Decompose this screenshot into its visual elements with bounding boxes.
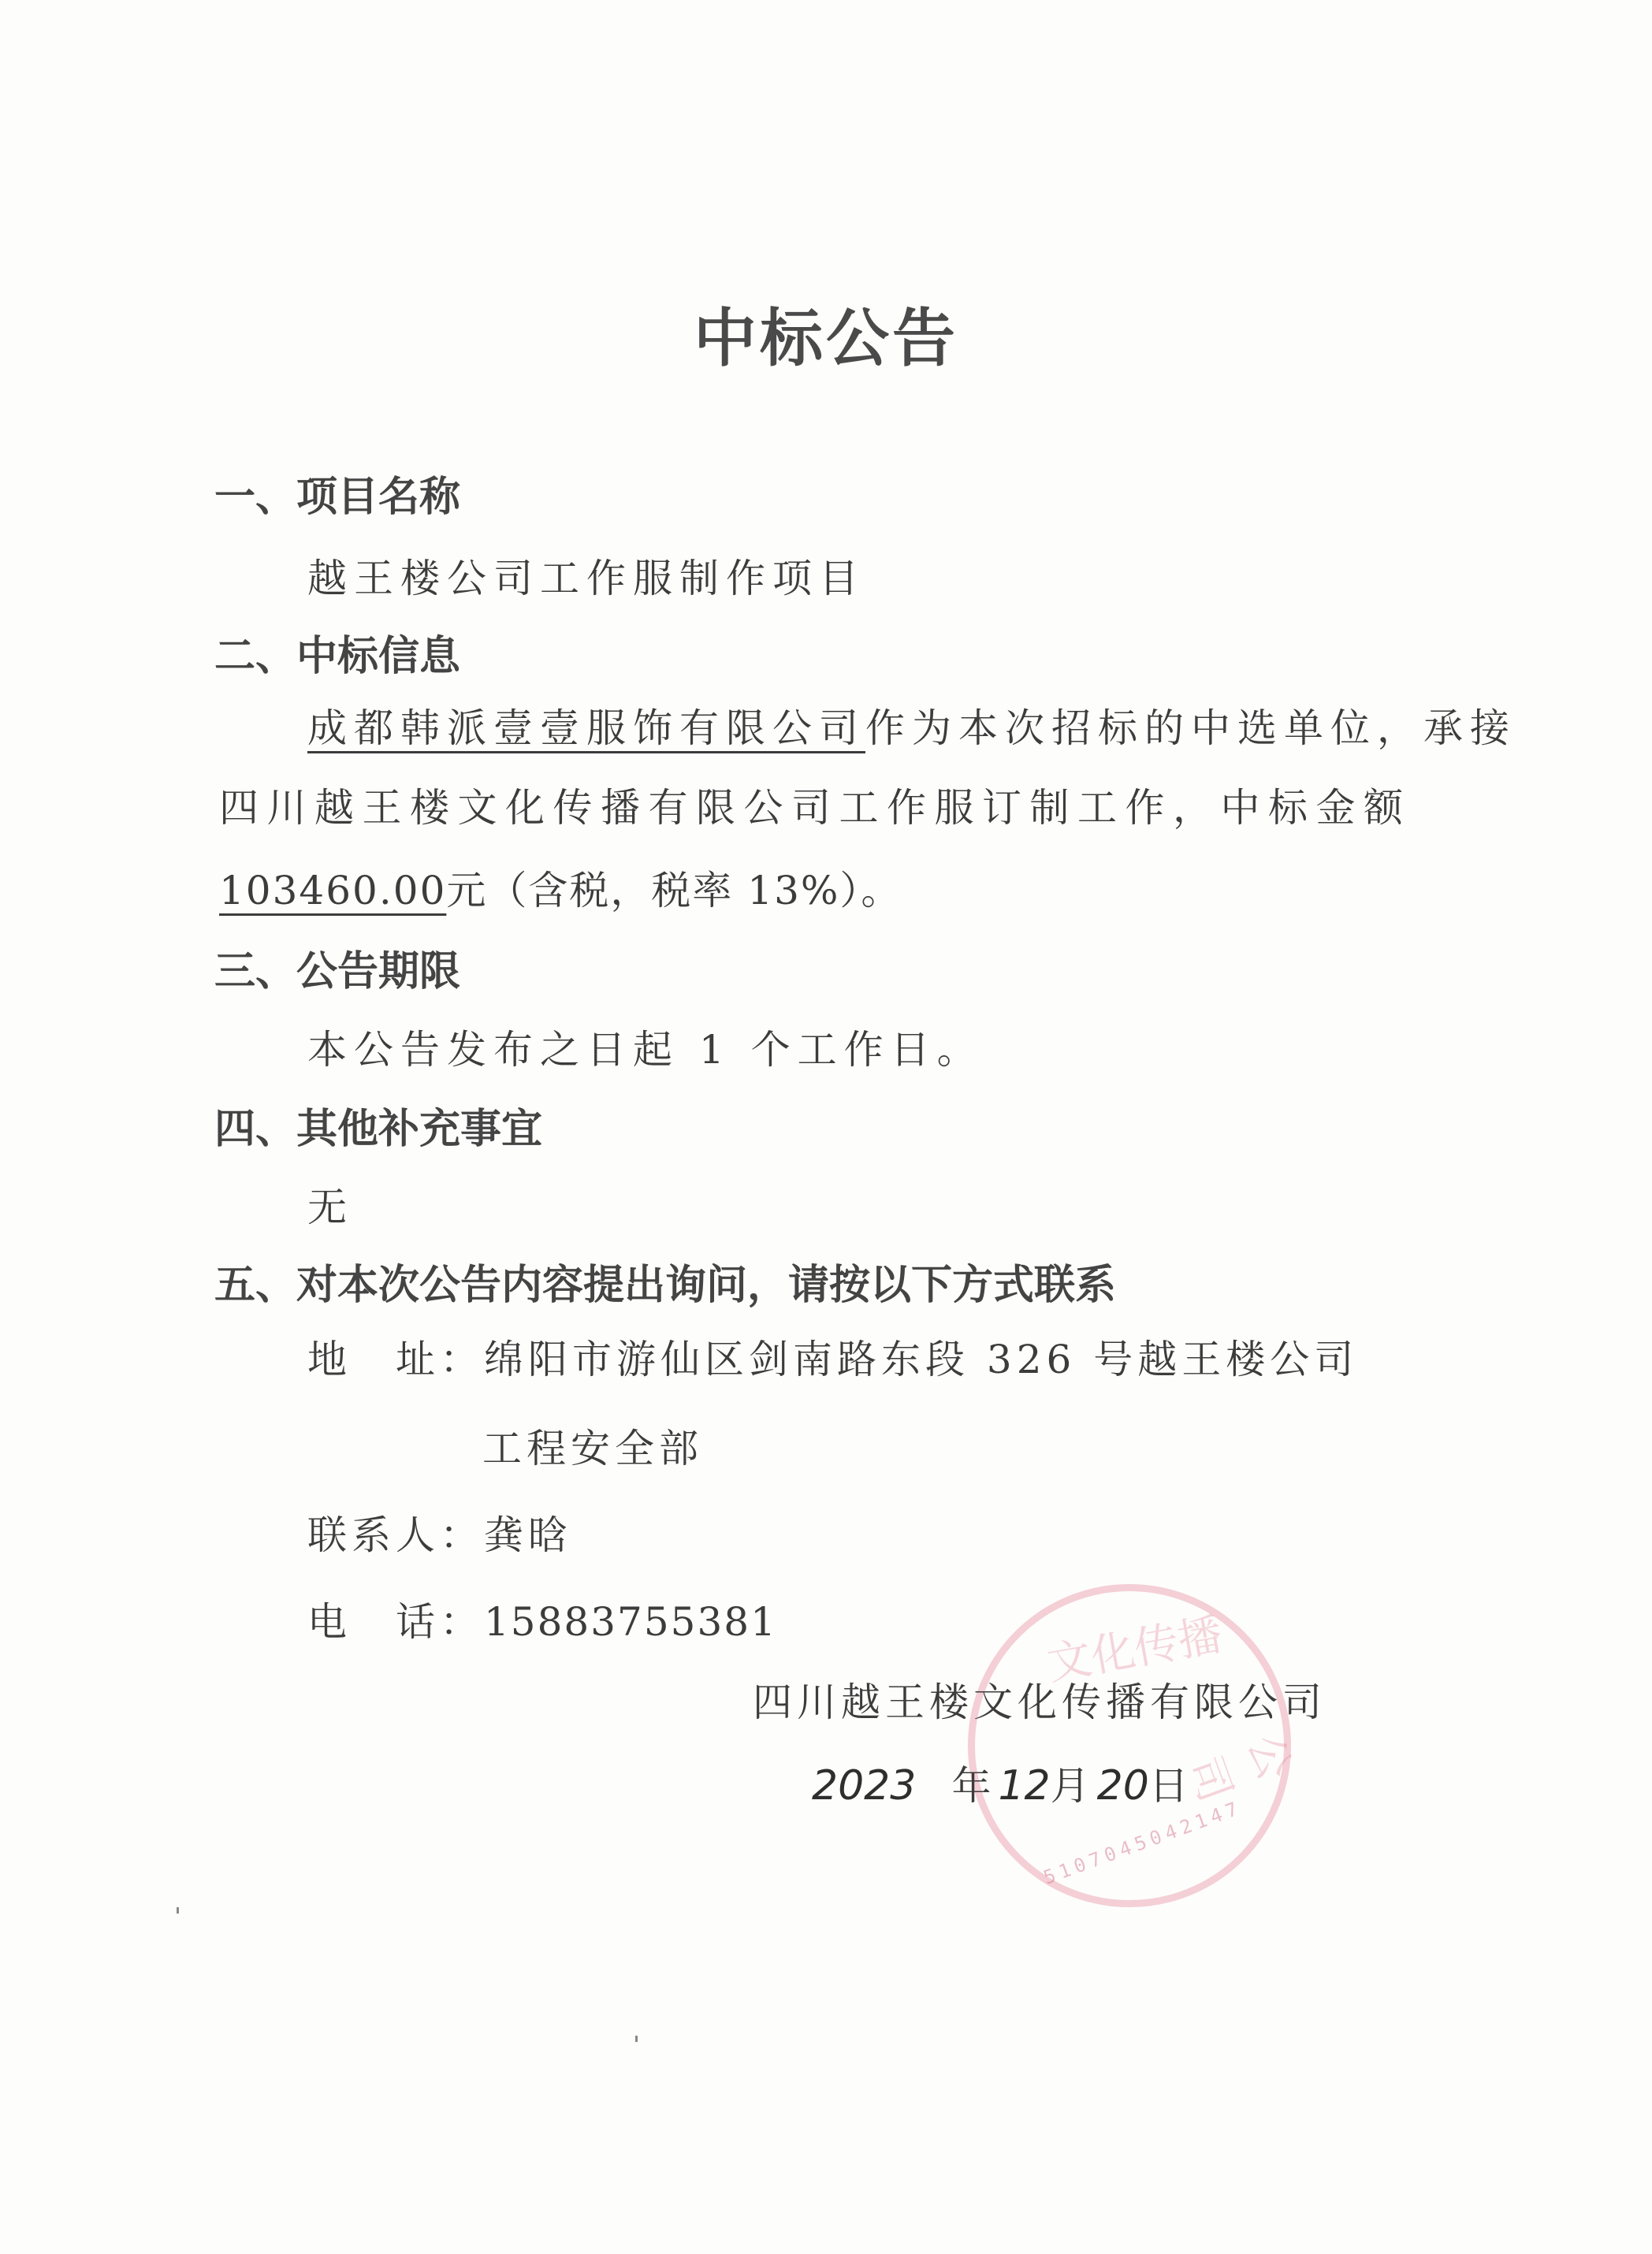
award-amount: 103460.00	[219, 868, 446, 913]
winning-company: 成都韩派壹壹服饰有限公司	[307, 705, 865, 751]
address-label: 地 址：	[307, 1337, 484, 1382]
section-heading-notice-period: 三、公告期限	[214, 938, 460, 997]
section-heading-contact: 五、对本次公告内容提出询问，请按以下方式联系	[214, 1252, 1116, 1311]
date-month: 12	[998, 1762, 1050, 1810]
phone-row: 电 话：15883755381	[307, 1590, 777, 1647]
contact-person-row: 联系人：龚晗	[307, 1504, 572, 1560]
contact-person: 龚晗	[484, 1512, 572, 1558]
notice-period: 本公告发布之日起 1 个工作日。	[307, 1018, 984, 1075]
phone-label: 电 话：	[307, 1599, 484, 1645]
date-month-label: 月	[1051, 1763, 1097, 1809]
project-name: 越王楼公司工作服制作项目	[307, 547, 865, 604]
section-heading-other-matters: 四、其他补充事宜	[214, 1095, 542, 1155]
address-line-2: 工程安全部	[482, 1417, 703, 1474]
date-day-label: 日	[1149, 1763, 1196, 1809]
scan-speck	[177, 1907, 179, 1914]
scan-speck	[635, 2036, 638, 2042]
date-year-label: 年	[951, 1763, 998, 1809]
issue-date: 2023 年12月20日	[812, 1754, 1196, 1811]
issuer-company: 四川越王楼文化传播有限公司	[753, 1671, 1326, 1728]
award-line-3: 103460.00元（含税，税率 13%）。	[219, 859, 902, 916]
award-line-2: 四川越王楼文化传播有限公司工作服订制工作，中标金额	[219, 776, 1412, 833]
contact-person-label: 联系人：	[307, 1512, 484, 1558]
award-line-3-rest: 元（含税，税率 13%）。	[446, 868, 902, 913]
other-matters: 无	[307, 1176, 354, 1233]
section-heading-project-name: 一、项目名称	[214, 463, 460, 523]
address-row: 地 址：绵阳市游仙区剑南路东段 326 号越王楼公司	[307, 1328, 1358, 1385]
award-line-1-rest: 作为本次招标的中选单位，承接	[865, 705, 1516, 751]
award-line-1: 成都韩派壹壹服饰有限公司作为本次招标的中选单位，承接	[307, 697, 1516, 753]
date-day: 20	[1097, 1762, 1149, 1810]
address-value: 绵阳市游仙区剑南路东段 326 号越王楼公司	[484, 1337, 1358, 1382]
date-year: 2023	[812, 1762, 916, 1810]
page-title: 中标公告	[0, 288, 1652, 378]
phone-number: 15883755381	[484, 1599, 777, 1645]
company-seal-stamp: 文化传播 公司 5107045042147	[968, 1584, 1291, 1907]
section-heading-award-info: 二、中标信息	[214, 623, 460, 682]
